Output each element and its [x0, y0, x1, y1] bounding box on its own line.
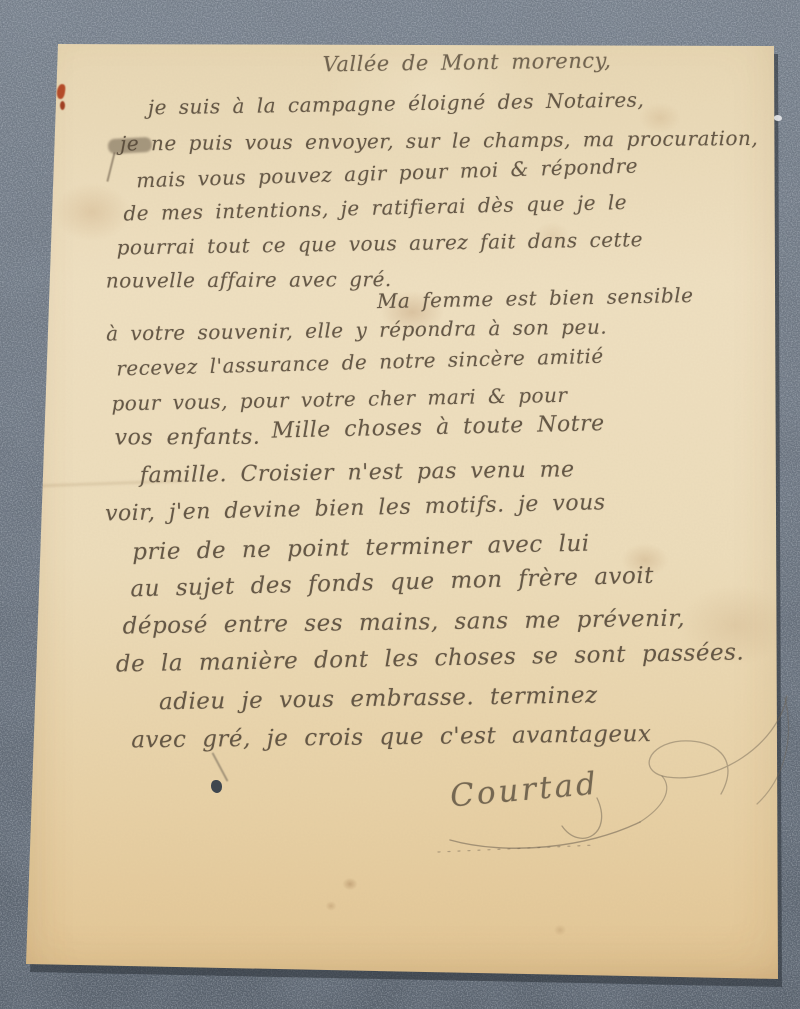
letter-line: de la manière dont les choses se sont pa… [116, 639, 745, 677]
letter-heading: Vallée de Mont morency, [323, 48, 612, 76]
letter-line: pour vous, pour votre cher mari & pour [111, 383, 567, 416]
letter-line: nouvelle affaire avec gré. [106, 267, 392, 292]
letter-line: famille. Croisier n'est pas venu me [140, 457, 575, 488]
letter-line: avec gré, je crois que c'est avantageux [131, 721, 651, 753]
ink-spot [211, 780, 222, 793]
letter-line: recevez l'assurance de notre sincère ami… [116, 344, 604, 381]
letter-line: je ne puis vous envoyer, sur le champs, … [120, 126, 758, 156]
letter-line: mais vous pouvez agir pour moi & répondr… [136, 153, 638, 192]
letter-line: voir, j'en devine bien les motifs. je vo… [105, 490, 606, 526]
letter-line: au sujet des fonds que mon frère avoit [130, 563, 654, 603]
letter-line: prie de ne point terminer avec lui [132, 531, 590, 566]
red-wax-mark-small [60, 101, 65, 110]
letter-line: adieu je vous embrasse. terminez [159, 682, 598, 715]
letter-line: déposé entre ses mains, sans me prévenir… [122, 606, 685, 640]
letter-line: vos enfants. [115, 425, 261, 451]
letter-line: je suis à la campagne éloigné des Notair… [148, 88, 645, 120]
letter-line: pourrai tout ce que vous aurez fait dans… [116, 227, 643, 259]
letter-line: à votre souvenir, elle y répondra à son … [106, 315, 607, 346]
letter-line: Ma femme est bien sensible [377, 283, 694, 313]
letter-line: de mes intentions, je ratifierai dès que… [123, 190, 627, 225]
letter-line: Mille choses à toute Notre [271, 411, 605, 444]
photo-of-letter: Vallée de Mont morency, je suis à la cam… [0, 0, 800, 1009]
